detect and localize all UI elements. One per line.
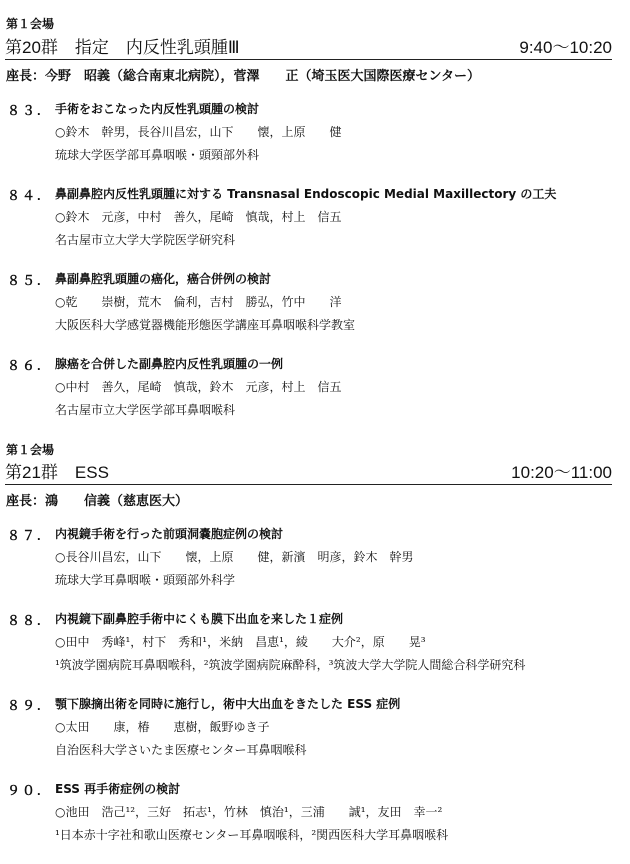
item-authors: ○長谷川昌宏，山下 懐，上原 健，新濱 明彦，鈴木 幹男 (55, 548, 413, 565)
session-time: 10:20〜11:00 (511, 458, 612, 483)
item-affiliation: 自治医科大学さいたま医療センター耳鼻咽喉科 (55, 741, 307, 758)
presentation-item: ８３. 手術をおこなった内反性乳頭腫の検討 ○鈴木 幹男，長谷川昌宏，山下 懐，… (0, 100, 630, 170)
venue-label: 第１会場 (6, 441, 54, 458)
item-authors: ○乾 崇樹，荒木 倫利，吉村 勝弘，竹中 洋 (55, 293, 341, 310)
item-title: ESS 再手術症例の検討 (55, 780, 180, 797)
item-number: ８４. (7, 185, 43, 204)
item-title: 鼻副鼻腔内反性乳頭腫に対する Transnasal Endoscopic Med… (55, 185, 556, 202)
item-number: ９０. (7, 780, 43, 799)
presentation-item: ８７. 内視鏡手術を行った前頭洞嚢胞症例の検討 ○長谷川昌宏，山下 懐，上原 健… (0, 525, 630, 595)
session-chair: 座長：今野 昭義（総合南東北病院），菅澤 正（埼玉医大国際医療センター） (6, 65, 480, 84)
item-affiliation: ¹筑波学園病院耳鼻咽喉科，²筑波学園病院麻酔科，³筑波大学大学院人間総合科学研究… (55, 656, 525, 673)
presentation-item: ８６. 腺癌を合併した副鼻腔内反性乳頭腫の一例 ○中村 善久，尾崎 慎哉，鈴木 … (0, 355, 630, 425)
session-title: 第20群 指定 内反性乳頭腫Ⅲ (5, 33, 240, 58)
venue-label: 第１会場 (6, 15, 54, 32)
item-affiliation: 名古屋市立大学医学部耳鼻咽喉科 (55, 401, 235, 418)
item-title: 内視鏡下副鼻腔手術中にくも膜下出血を来した１症例 (55, 610, 343, 627)
item-authors: ○田中 秀峰¹，村下 秀和¹，米納 昌恵¹，綾 大介²，原 晃³ (55, 633, 426, 650)
presentation-item: ８９. 顎下腺摘出術を同時に施行し，術中大出血をきたした ESS 症例 ○太田 … (0, 695, 630, 765)
presentation-item: ８８. 内視鏡下副鼻腔手術中にくも膜下出血を来した１症例 ○田中 秀峰¹，村下 … (0, 610, 630, 680)
item-title: 腺癌を合併した副鼻腔内反性乳頭腫の一例 (55, 355, 283, 372)
item-affiliation: 名古屋市立大学大学院医学研究科 (55, 231, 235, 248)
session-chair: 座長：鴻 信義（慈恵医大） (6, 490, 188, 509)
item-authors: ○太田 康，椿 恵樹，飯野ゆき子 (55, 718, 269, 735)
item-affiliation: 琉球大学耳鼻咽喉・頭頸部外科学 (55, 571, 235, 588)
item-authors: ○中村 善久，尾崎 慎哉，鈴木 元彦，村上 信五 (55, 378, 341, 395)
item-affiliation: ¹日本赤十字社和歌山医療センター耳鼻咽喉科，²関西医科大学耳鼻咽喉科 (55, 826, 448, 843)
item-authors: ○鈴木 幹男，長谷川昌宏，山下 懐，上原 健 (55, 123, 341, 140)
item-affiliation: 大阪医科大学感覚器機能形態医学講座耳鼻咽喉科学教室 (55, 316, 355, 333)
item-number: ８５. (7, 270, 43, 289)
item-number: ８６. (7, 355, 43, 374)
item-number: ８７. (7, 525, 43, 544)
session-title: 第21群 ESS (5, 458, 109, 483)
item-authors: ○池田 浩己¹²，三好 拓志¹，竹林 慎治¹，三浦 誠¹，友田 幸一² (55, 803, 442, 820)
item-title: 鼻副鼻腔乳頭腫の癌化，癌合併例の検討 (55, 270, 271, 287)
presentation-item: ８５. 鼻副鼻腔乳頭腫の癌化，癌合併例の検討 ○乾 崇樹，荒木 倫利，吉村 勝弘… (0, 270, 630, 340)
presentation-item: ９０. ESS 再手術症例の検討 ○池田 浩己¹²，三好 拓志¹，竹林 慎治¹，… (0, 780, 630, 850)
item-affiliation: 琉球大学医学部耳鼻咽喉・頭頸部外科 (55, 146, 259, 163)
session-time: 9:40〜10:20 (519, 33, 612, 58)
item-authors: ○鈴木 元彦，中村 善久，尾崎 慎哉，村上 信五 (55, 208, 341, 225)
presentation-item: ８４. 鼻副鼻腔内反性乳頭腫に対する Transnasal Endoscopic… (0, 185, 630, 255)
session-header: 第21群 ESS 10:20〜11:00 (5, 460, 612, 485)
item-number: ８３. (7, 100, 43, 119)
session-header: 第20群 指定 内反性乳頭腫Ⅲ 9:40〜10:20 (5, 35, 612, 60)
item-title: 顎下腺摘出術を同時に施行し，術中大出血をきたした ESS 症例 (55, 695, 400, 712)
item-title: 手術をおこなった内反性乳頭腫の検討 (55, 100, 259, 117)
item-title: 内視鏡手術を行った前頭洞嚢胞症例の検討 (55, 525, 283, 542)
item-number: ８８. (7, 610, 43, 629)
item-number: ８９. (7, 695, 43, 714)
